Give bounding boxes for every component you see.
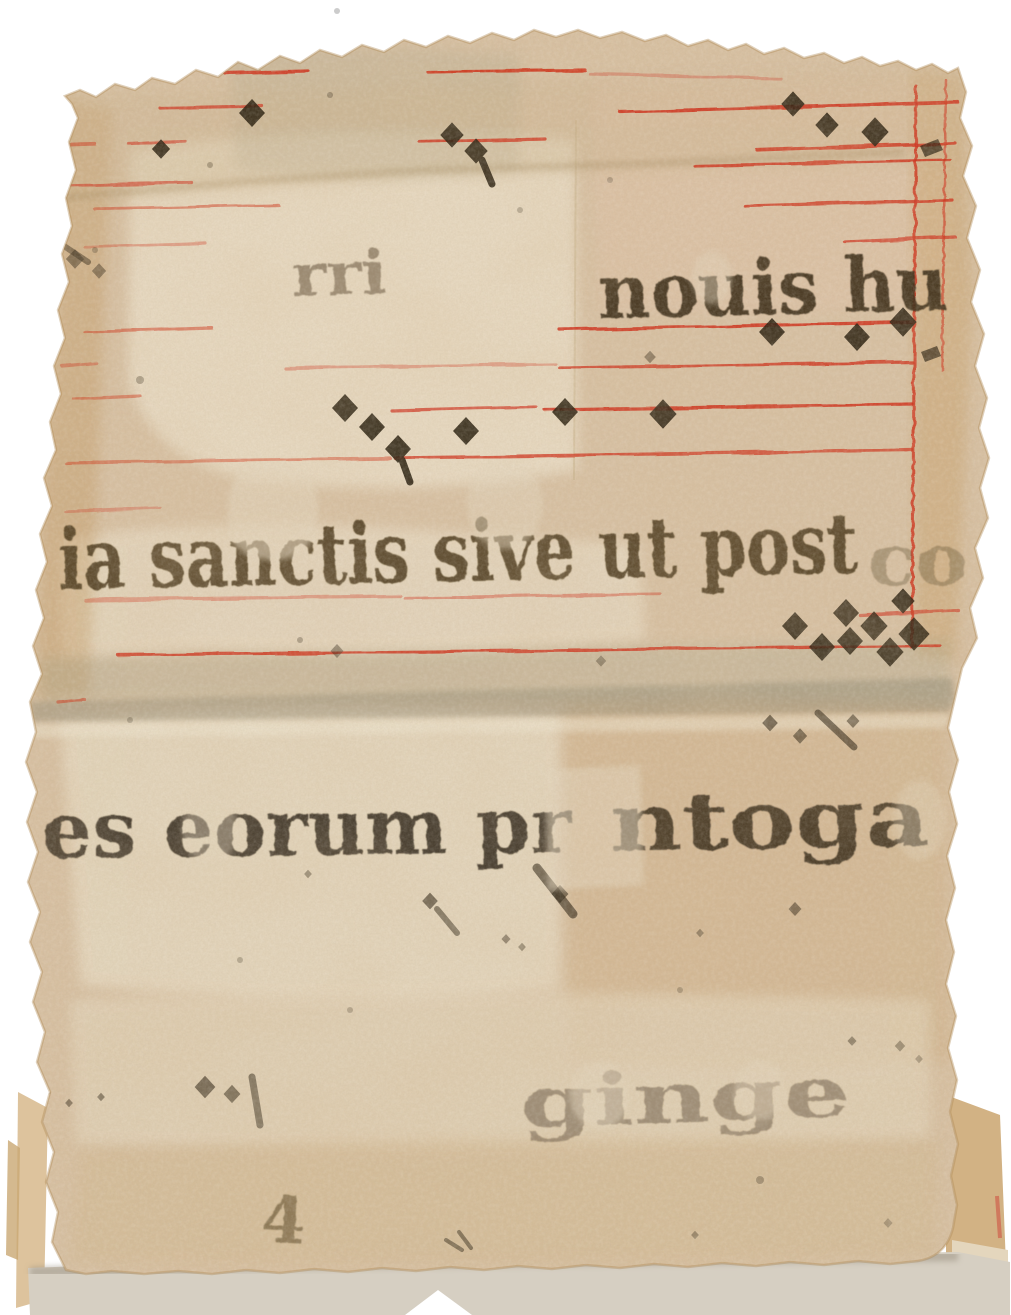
dust-speck <box>334 8 340 14</box>
manuscript-photo: rri nouis hu ia sanctis sive ut post co … <box>0 0 1011 1315</box>
left-page-sliver-2 <box>6 1140 20 1260</box>
grain-fleck <box>0 0 1011 1315</box>
photo-canvas: rri nouis hu ia sanctis sive ut post co … <box>0 0 1011 1315</box>
